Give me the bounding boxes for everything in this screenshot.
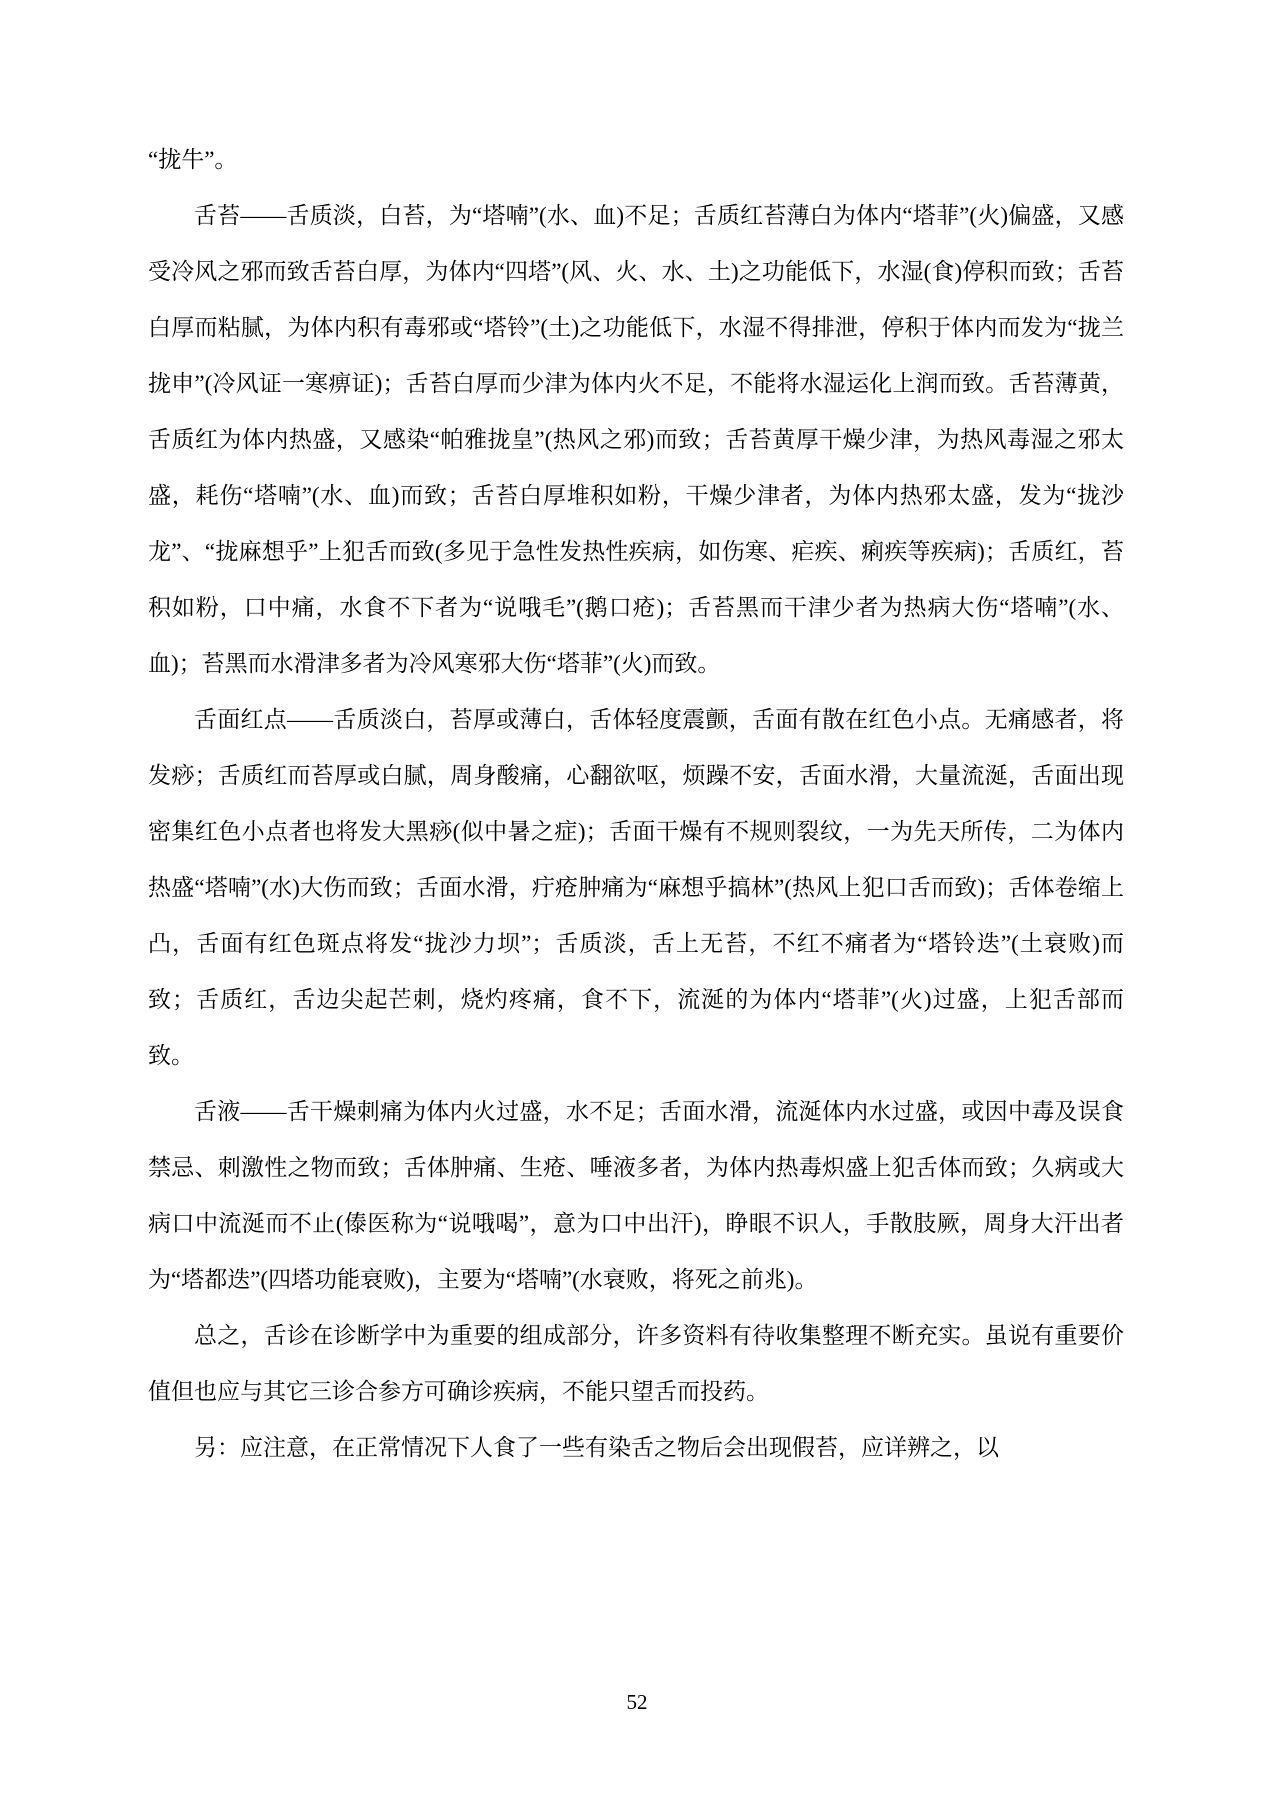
- paragraph-summary: 总之，舌诊在诊断学中为重要的组成部分，许多资料有待收集整理不断充实。虽说有重要价…: [148, 1308, 1124, 1420]
- paragraph-tongue-fluid: 舌液——舌干燥刺痛为体内火过盛，水不足；舌面水滑，流涎体内水过盛，或因中毒及误食…: [148, 1084, 1124, 1308]
- paragraph-note: 另：应注意，在正常情况下人食了一些有染舌之物后会出现假苔，应详辨之，以: [148, 1420, 1124, 1476]
- page-text-block: “拢牛”。 舌苔——舌质淡，白苔，为“塔喃”(水、血)不足；舌质红苔薄白为体内“…: [148, 132, 1124, 1476]
- paragraph-tongue-coating: 舌苔——舌质淡，白苔，为“塔喃”(水、血)不足；舌质红苔薄白为体内“塔菲”(火)…: [148, 188, 1124, 692]
- paragraph-tongue-red-dots: 舌面红点——舌质淡白，苔厚或薄白，舌体轻度震颤，舌面有散在红色小点。无痛感者，将…: [148, 692, 1124, 1084]
- paragraph-carryover-line: “拢牛”。: [148, 132, 1124, 188]
- page-number: 52: [0, 1690, 1274, 1714]
- document-page: “拢牛”。 舌苔——舌质淡，白苔，为“塔喃”(水、血)不足；舌质红苔薄白为体内“…: [0, 0, 1274, 1801]
